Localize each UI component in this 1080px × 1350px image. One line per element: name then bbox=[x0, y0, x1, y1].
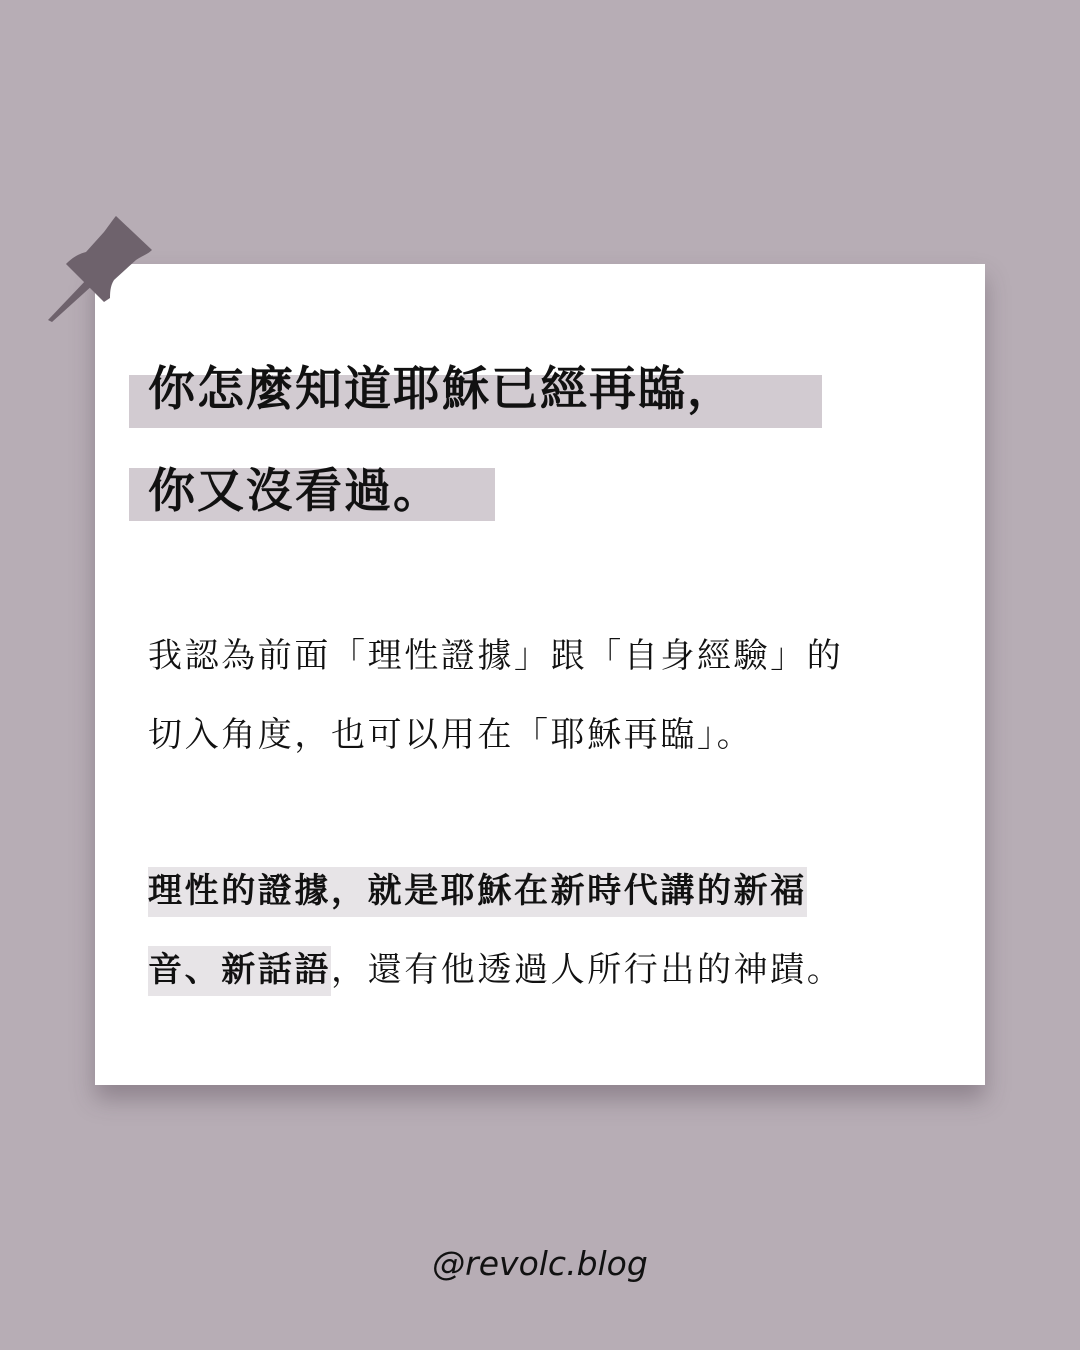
paragraph-1-line-1: 我認為前面「理性證據」跟「自身經驗」的 bbox=[148, 634, 843, 678]
paragraph-2-line-2: 音、新話語，還有他透過人所行出的神蹟。 bbox=[148, 948, 843, 992]
paragraph-2-line-1: 理性的證據，就是耶穌在新時代講的新福 bbox=[148, 869, 807, 913]
plain-text: ，還有他透過人所行出的神蹟。 bbox=[331, 950, 843, 990]
title-line-1: 你怎麼知道耶穌已經再臨， bbox=[148, 360, 736, 420]
title-line-2: 你又沒看過。 bbox=[148, 462, 442, 522]
highlighted-text: 音、新話語 bbox=[148, 946, 331, 996]
highlighted-text: 理性的證據，就是耶穌在新時代講的新福 bbox=[148, 867, 807, 917]
pushpin-icon bbox=[44, 214, 156, 324]
paragraph-1-line-2: 切入角度，也可以用在「耶穌再臨」。 bbox=[148, 713, 753, 757]
blog-handle: @revolc.blog bbox=[0, 1244, 1080, 1283]
